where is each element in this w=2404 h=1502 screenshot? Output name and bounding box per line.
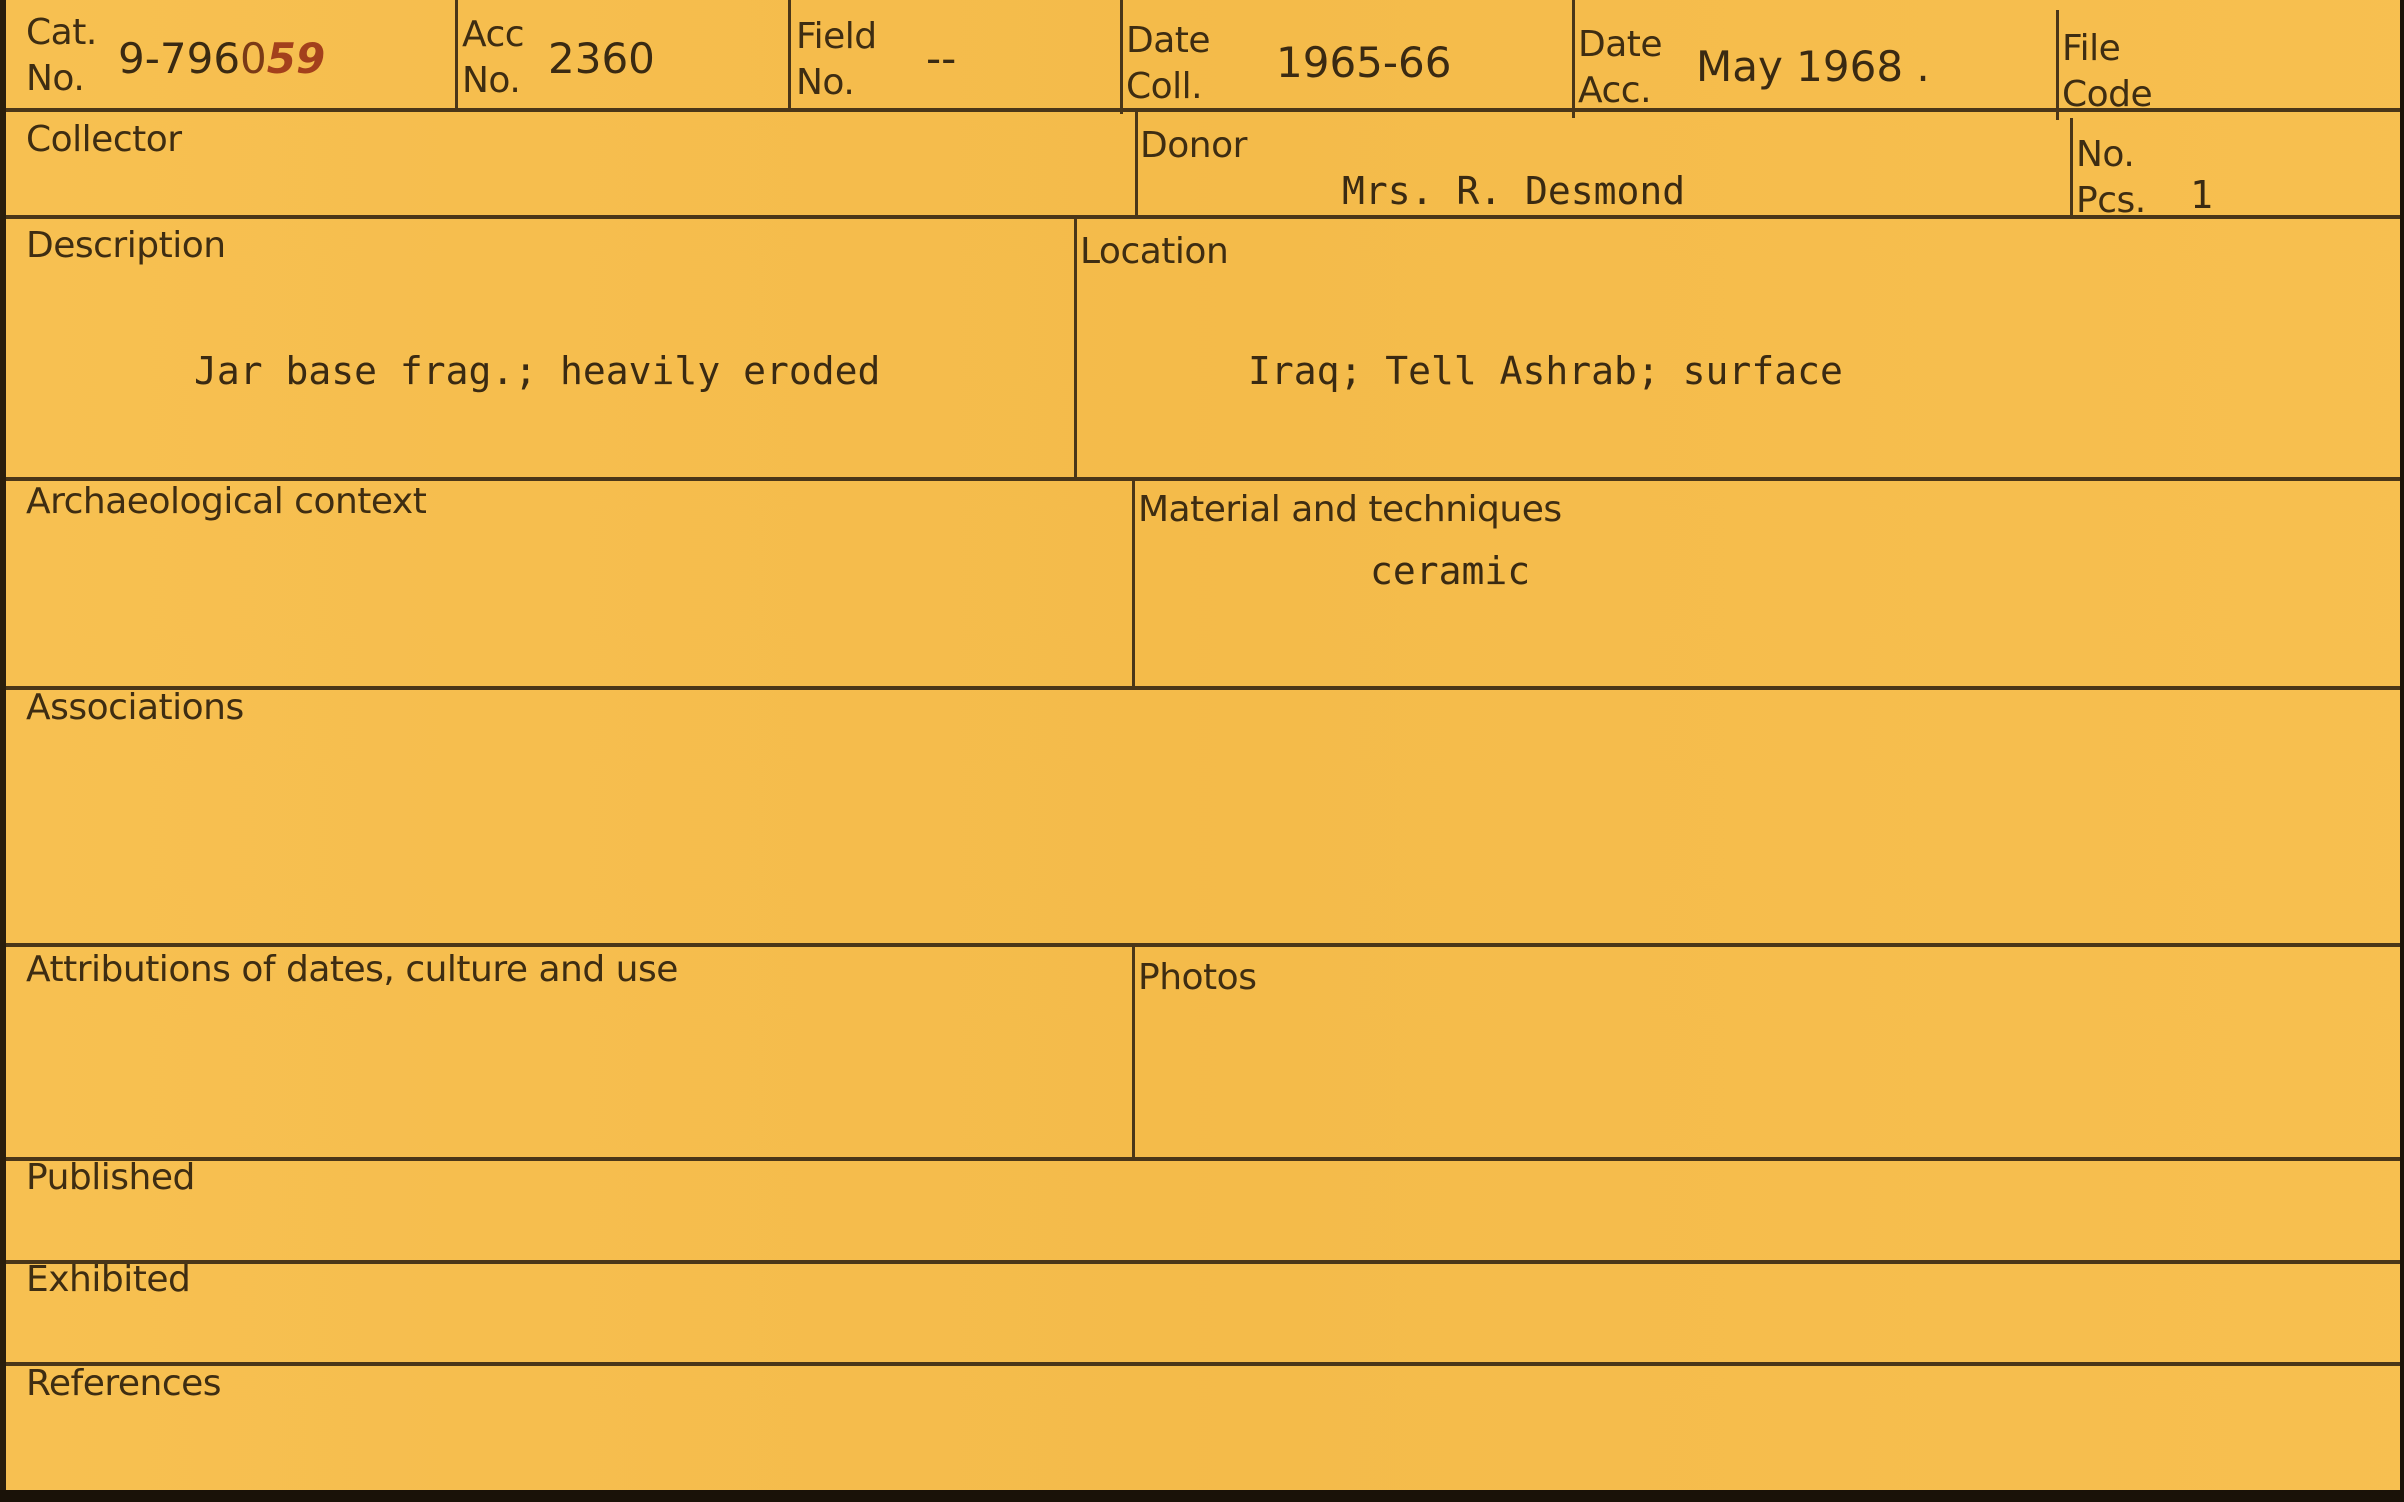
cat-no-value: 9-796059 — [118, 38, 325, 80]
photos-label: Photos — [1138, 960, 1256, 996]
rule-context-row — [6, 686, 2400, 690]
attributions-label: Attributions of dates, culture and use — [26, 952, 678, 988]
no-pcs-label: No. Pcs. — [2076, 132, 2146, 224]
acc-label-line1: Acc — [462, 12, 524, 58]
date-coll-label-line1: Date — [1126, 18, 1210, 64]
date-coll-label-line2: Coll. — [1126, 64, 1210, 110]
cat-no-handwritten-correction: 59 — [267, 34, 325, 83]
date-acc-value: May 1968 . — [1696, 46, 1930, 88]
material-label: Material and techniques — [1138, 492, 1562, 528]
associations-label: Associations — [26, 690, 244, 726]
collector-label: Collector — [26, 122, 182, 158]
donor-value: Mrs. R. Desmond — [1342, 172, 1685, 210]
acc-no-label: Acc No. — [462, 12, 524, 104]
location-value: Iraq; Tell Ashrab; surface — [1248, 352, 1843, 390]
cat-no-typed: 9-796 — [118, 34, 240, 83]
location-label: Location — [1080, 234, 1228, 270]
rule-collector-row — [6, 215, 2400, 219]
cat-no-struck-digit: 0 — [240, 34, 267, 83]
description-value: Jar base frag.; heavily eroded — [194, 352, 880, 390]
exhibited-label: Exhibited — [26, 1262, 190, 1298]
date-acc-label: Date Acc. — [1578, 22, 1662, 114]
divider-cat-acc — [455, 0, 458, 110]
file-code-label: File Code — [2062, 26, 2152, 118]
divider-datecoll-dateacc — [1572, 0, 1575, 118]
date-coll-value: 1965-66 — [1276, 42, 1452, 84]
no-pcs-value: 1 — [2190, 176, 2213, 214]
acc-no-value: 2360 — [548, 38, 655, 80]
rule-associations-row — [6, 943, 2400, 947]
divider-acc-field — [788, 0, 791, 112]
divider-context-material — [1132, 480, 1135, 688]
cat-label-line1: Cat. — [26, 10, 97, 56]
acc-label-line2: No. — [462, 58, 524, 104]
description-label: Description — [26, 228, 226, 264]
cat-no-label: Cat. No. — [26, 10, 97, 102]
divider-donor-pcs — [2070, 118, 2073, 218]
divider-attributions-photos — [1132, 946, 1135, 1160]
date-acc-label-line2: Acc. — [1578, 68, 1662, 114]
references-label: References — [26, 1366, 221, 1402]
material-value: ceramic — [1370, 552, 1530, 590]
divider-dateacc-filecode — [2056, 10, 2059, 120]
donor-label: Donor — [1140, 128, 1247, 164]
rule-attributions-row — [6, 1157, 2400, 1161]
date-coll-label: Date Coll. — [1126, 18, 1210, 110]
field-label-line2: No. — [796, 60, 877, 106]
divider-description-location — [1074, 218, 1077, 480]
archaeological-context-label: Archaeological context — [26, 484, 426, 520]
field-label-line1: Field — [796, 14, 877, 60]
no-pcs-label-line1: No. — [2076, 132, 2146, 178]
no-pcs-label-line2: Pcs. — [2076, 178, 2146, 224]
card-bottom-edge — [0, 1490, 2404, 1502]
date-acc-label-line1: Date — [1578, 22, 1662, 68]
field-no-label: Field No. — [796, 14, 877, 106]
divider-field-datecoll — [1120, 0, 1123, 114]
divider-collector-donor — [1135, 112, 1138, 217]
published-label: Published — [26, 1160, 195, 1196]
file-label-line2: Code — [2062, 72, 2152, 118]
catalog-card: Cat. No. 9-796059 Acc No. 2360 Field No.… — [6, 0, 2400, 1490]
cat-label-line2: No. — [26, 56, 97, 102]
rule-published-row — [6, 1260, 2400, 1264]
rule-exhibited-row — [6, 1362, 2400, 1366]
field-no-value: -- — [926, 38, 956, 80]
file-label-line1: File — [2062, 26, 2152, 72]
